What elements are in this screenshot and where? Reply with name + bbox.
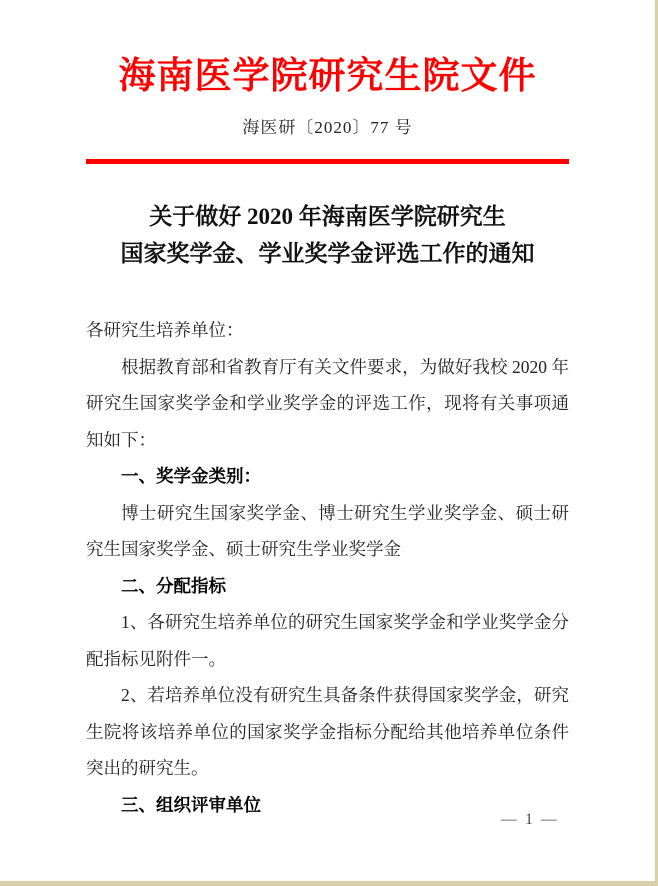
notice-title-line-2: 国家奖学金、学业奖学金评选工作的通知 — [86, 235, 569, 272]
red-header-org-title: 海南医学院研究生院文件 — [86, 0, 569, 100]
document-body: 各研究生培养单位： 根据教育部和省教育厅有关文件要求，为做好我校 2020 年研… — [86, 312, 569, 823]
page-number: — 1 — — [501, 811, 559, 829]
paragraph-quota-2: 2、若培养单位没有研究生具备条件获得国家奖学金，研究生院将该培养单位的国家奖学金… — [86, 677, 569, 787]
paragraph-intro: 根据教育部和省教育厅有关文件要求，为做好我校 2020 年研究生国家奖学金和学业… — [86, 349, 569, 459]
document-number: 海医研〔2020〕77 号 — [86, 113, 569, 138]
section-heading-1: 一、奖学金类别： — [86, 458, 569, 495]
section-heading-2: 二、分配指标 — [86, 568, 569, 605]
section-heading-3: 三、组织评审单位 — [86, 787, 569, 824]
notice-title-line-1: 关于做好 2020 年海南医学院研究生 — [86, 198, 569, 235]
notice-title: 关于做好 2020 年海南医学院研究生 国家奖学金、学业奖学金评选工作的通知 — [86, 198, 569, 272]
paragraph-scholarship-types: 博士研究生国家奖学金、博士研究生学业奖学金、硕士研究生国家奖学金、硕士研究生学业… — [86, 495, 569, 568]
paragraph-quota-1: 1、各研究生培养单位的研究生国家奖学金和学业奖学金分配指标见附件一。 — [86, 604, 569, 677]
salutation: 各研究生培养单位： — [86, 312, 569, 349]
document-page: 海南医学院研究生院文件 海医研〔2020〕77 号 关于做好 2020 年海南医… — [0, 0, 658, 886]
red-divider-line — [86, 159, 569, 164]
document-content: 海南医学院研究生院文件 海医研〔2020〕77 号 关于做好 2020 年海南医… — [0, 0, 655, 823]
